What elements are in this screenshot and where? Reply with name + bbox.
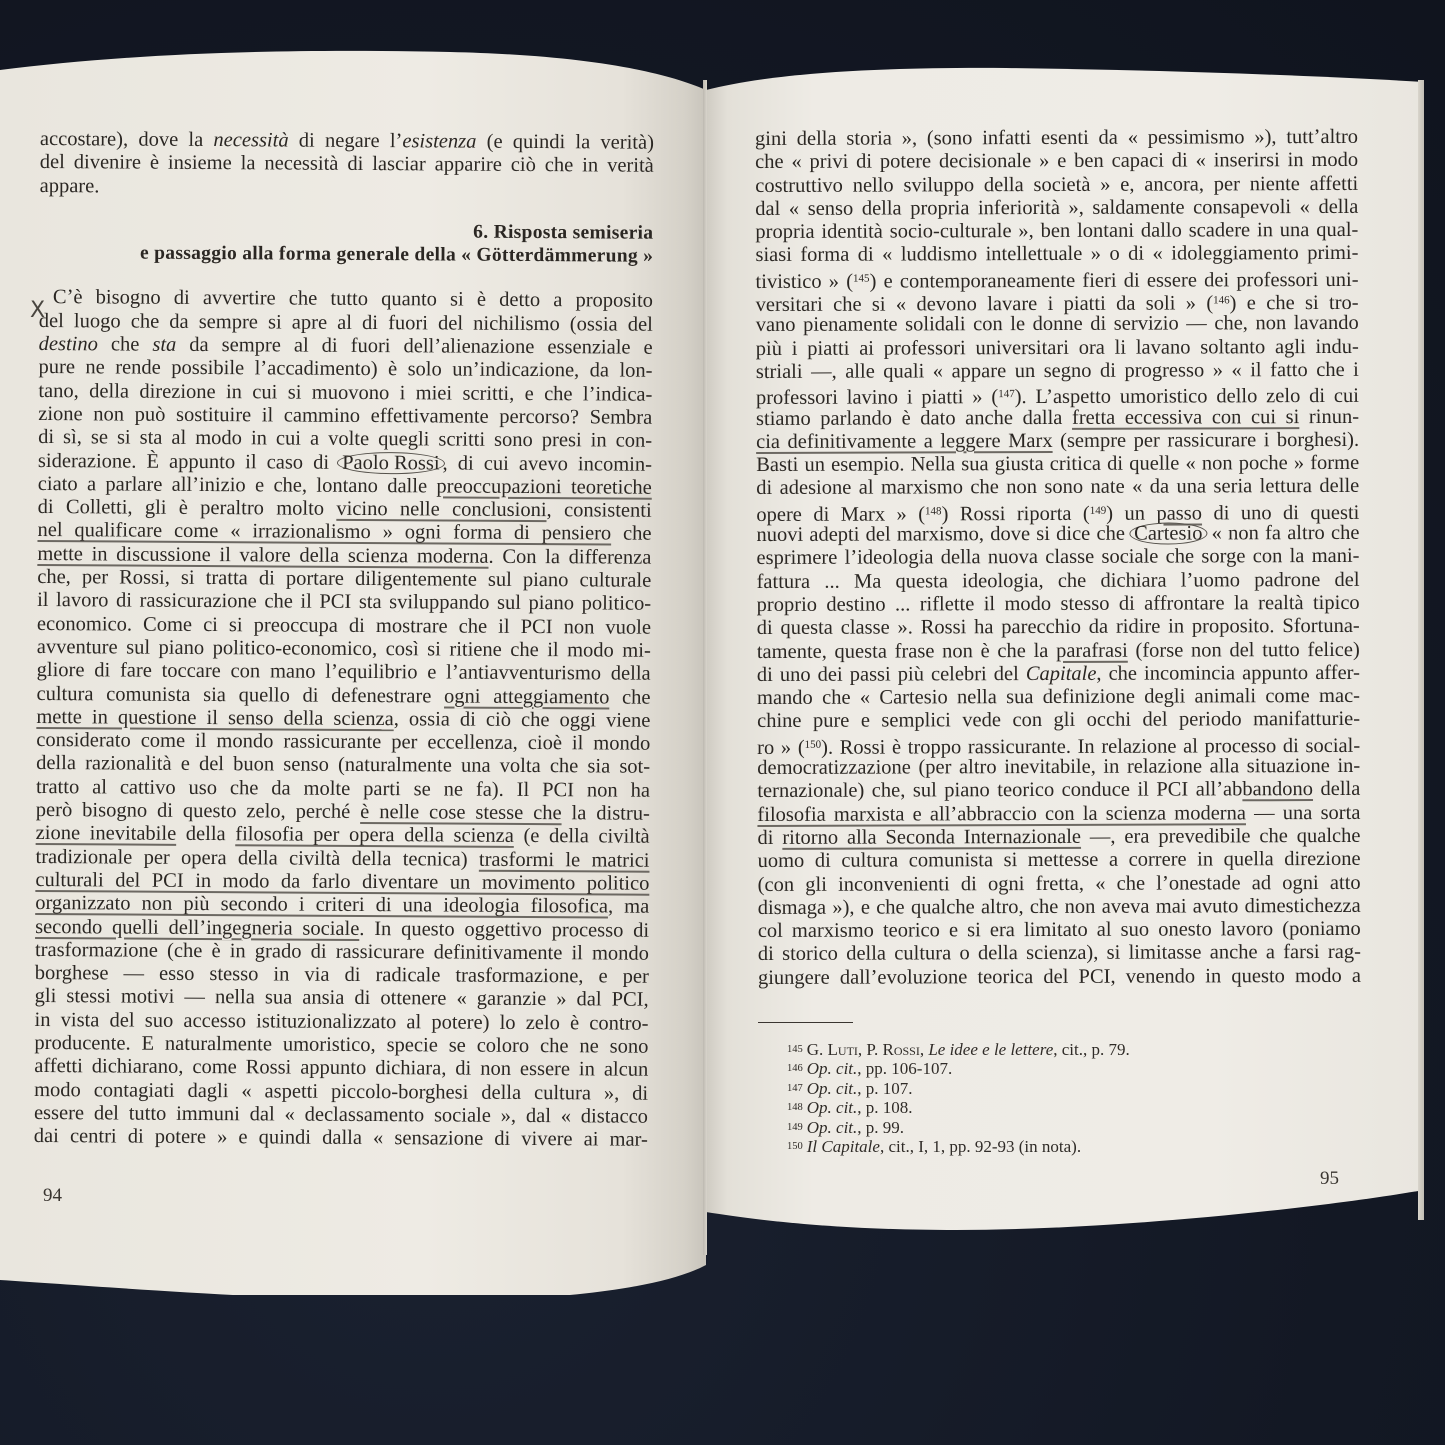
text-line: Basti un esempio. Nella sua giusta criti… (756, 452, 1359, 477)
text-line: proprio destino ... riflette il modo ste… (757, 592, 1360, 617)
text-line: esprimere l’ideologia della nuova classe… (756, 545, 1359, 570)
page-number-right: 95 (1320, 1168, 1339, 1190)
text-line: opere di Marx » (148) Rossi riporta (149… (756, 499, 1359, 524)
text-line: affetti dichiarano, come Rossi appunto d… (34, 1055, 648, 1082)
text-line: di sì, se si sta al modo in cui a volte … (38, 426, 652, 453)
text-line: democratizzazione (per altro inevitabile… (757, 755, 1360, 780)
text-line: di ritorno alla Seconda Internazionale —… (757, 825, 1360, 850)
text-line: col marxismo teorico e si era limitato a… (758, 918, 1361, 943)
footnote: 148Op. cit., p. 108. (787, 1098, 1130, 1117)
footnote: 150Il Capitale, cit., I, 1, pp. 92-93 (i… (787, 1137, 1130, 1156)
text-line: siderazione. È appunto il caso di Paolo … (38, 450, 652, 477)
text-line: gliore di fare toccare con mano l’equili… (37, 659, 651, 686)
text-line: professori lavino i piatti » (147). L’as… (756, 382, 1359, 407)
text-line: mando che « Cartesio nella sua definizio… (757, 685, 1360, 710)
text-line: dal « senso della propria inferiorità »,… (755, 196, 1358, 221)
text-line: dismaga »), e che qualche altro, che non… (758, 895, 1361, 920)
footnotes: 145G. Luti, P. Rossi, Le idee e le lette… (787, 1040, 1130, 1156)
pencil-circle: Cartesio (1129, 522, 1207, 544)
text-line: gini della storia », (sono infatti esent… (755, 126, 1358, 151)
text-line: ro » (150). Rossi è troppo rassicurante.… (757, 732, 1360, 757)
footnote: 145G. Luti, P. Rossi, Le idee e le lette… (787, 1040, 1130, 1059)
text-line: secondo quelli dell’ingegneria sociale. … (35, 915, 649, 942)
text-line: stiamo parlando è dato anche dalla frett… (756, 405, 1359, 430)
text-line: tamente, questa frase non è che la paraf… (757, 638, 1360, 663)
text-line: del divenire è insieme la necessità di l… (40, 151, 654, 178)
footnote: 147Op. cit., p. 107. (787, 1079, 1130, 1098)
page-number-left: 94 (43, 1185, 62, 1207)
text-line: di uno dei passi più celebri del Capital… (757, 662, 1360, 687)
text-line: striali —, alle quali « appare un segno … (756, 359, 1359, 384)
text-line: appare. (40, 175, 654, 202)
text-line: versitari che si « devono lavare i piatt… (756, 289, 1359, 314)
text-line: vano pienamente solidali con le donne di… (756, 312, 1359, 337)
text-line: più i piatti ai professori universitari … (756, 336, 1359, 361)
text-line: di storico della cultura o della scienza… (758, 941, 1361, 966)
text-line: di adesione al marxismo che non sono nat… (756, 475, 1359, 500)
text-line: chine pure e semplici vede con gli occhi… (757, 708, 1360, 733)
right-page-body: gini della storia », (sono infatti esent… (755, 126, 1361, 990)
text-line: (con gli inconvenienti di ogni fretta, «… (758, 871, 1361, 896)
text-line: filosofia marxista e all’abbraccio con l… (757, 802, 1360, 827)
footnote-rule (758, 1022, 853, 1023)
text-line: siasi forma di « luddismo intellettuale … (755, 242, 1358, 267)
text-line: tivistico » (145) e contemporaneamente f… (755, 266, 1358, 291)
text-line: C’è bisogno di avvertire che tutto quant… (39, 286, 653, 313)
text-line: della razionalità e del buon senso (natu… (36, 752, 650, 779)
pencil-circle: Paolo Rossi (337, 451, 445, 474)
text-line: uomo di cultura comunista si mettesse a … (758, 848, 1361, 873)
footnote: 149Op. cit., p. 99. (787, 1118, 1130, 1137)
text-line: gli stessi motivi — nella sua ansia di o… (35, 985, 649, 1012)
left-page-body: accostare), dove la necessità di negare … (34, 128, 654, 1152)
text-line: fattura ... Ma questa ideologia, che dic… (757, 569, 1360, 594)
text-line: pure ne rende possibile l’accadimento) è… (38, 356, 652, 383)
text-line: nuovi adepti del marxismo, dove si dice … (756, 522, 1359, 547)
text-line: zione inevitabile della filosofia per op… (36, 822, 650, 849)
book-spine (703, 80, 707, 1255)
text-line: ternazionale) che, sul piano teorico con… (757, 778, 1360, 803)
text-line: costruttivo nello sviluppo della società… (755, 172, 1358, 197)
footnote: 146Op. cit., pp. 106-107. (787, 1059, 1130, 1078)
text-line: cia definitivamente a leggere Marx (semp… (756, 429, 1359, 454)
text-line: dai centri di potere » e quindi dalla « … (34, 1125, 648, 1152)
text-line: di questa classe ». Rossi ha parecchio d… (757, 615, 1360, 640)
page-edge (1418, 80, 1424, 1220)
text-line: il lavoro di rassicurazione che il PCI s… (37, 589, 651, 616)
text-line: giungere dall’evoluzione teorica del PCI… (758, 965, 1361, 990)
text-line: propria identità socio-culturale », ben … (755, 219, 1358, 244)
section-subheading: e passaggio alla forma generale della « … (39, 241, 653, 268)
text-line: che « privi di potere decisionale » e be… (755, 149, 1358, 174)
